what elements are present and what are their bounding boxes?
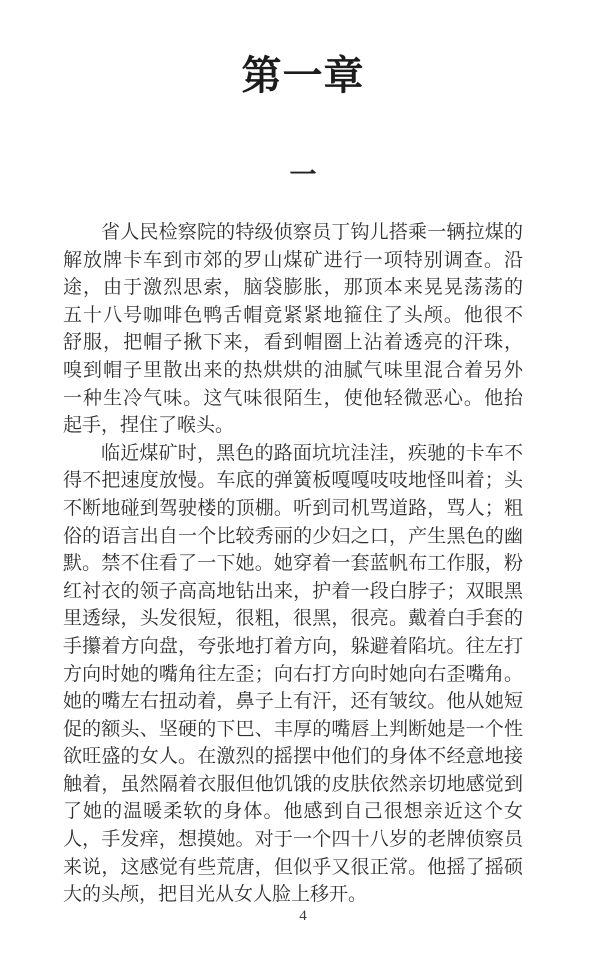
paragraph-2: 临近煤矿时，黑色的路面坑坑洼洼，疾驰的卡车不得不把速度放慢。车底的弹簧板嘎嘎吱吱… — [63, 440, 523, 909]
text-line: 解放牌卡车到市郊的罗山煤矿进行一项特别调查。沿 — [63, 247, 523, 275]
text-line: 嗅到帽子里散出来的热烘烘的油腻气味里混合着另外 — [63, 357, 523, 385]
text-line: 舒服，把帽子揪下来，看到帽圈上沾着透亮的汗珠， — [63, 329, 523, 357]
text-line: 不断地碰到驾驶楼的顶棚。听到司机骂道路，骂人；粗 — [63, 495, 523, 523]
text-line: 途，由于激烈思索，脑袋膨胀，那顶本来晃晃荡荡的 — [63, 274, 523, 302]
chapter-title: 第一章 — [0, 52, 606, 100]
text-line: 大的头颅，把目光从女人脸上移开。 — [63, 881, 523, 909]
body-text: 省人民检察院的特级侦察员丁钩儿搭乘一辆拉煤的解放牌卡车到市郊的罗山煤矿进行一项特… — [63, 219, 523, 909]
text-line: 五十八号咖啡色鸭舌帽竟紧紧地箍住了头颅。他很不 — [63, 302, 523, 330]
text-line: 手攥着方向盘，夸张地打着方向，躲避着陷坑。往左打 — [63, 633, 523, 661]
text-line: 临近煤矿时，黑色的路面坑坑洼洼，疾驰的卡车不 — [63, 440, 523, 468]
text-line: 人，手发痒，想摸她。对于一个四十八岁的老牌侦察员 — [63, 826, 523, 854]
text-line: 一种生冷气味。这气味很陌生，使他轻微恶心。他抬 — [63, 385, 523, 413]
text-line: 她的嘴左右扭动着，鼻子上有汗，还有皱纹。他从她短 — [63, 688, 523, 716]
page-number: 4 — [0, 906, 606, 926]
text-line: 来说，这感觉有些荒唐，但似乎又很正常。他摇了摇硕 — [63, 854, 523, 882]
text-line: 得不把速度放慢。车底的弹簧板嘎嘎吱吱地怪叫着；头 — [63, 467, 523, 495]
section-number: 一 — [0, 158, 606, 192]
text-line: 里透绿，头发很短，很粗，很黑，很亮。戴着白手套的 — [63, 605, 523, 633]
text-line: 促的额头、坚硬的下巴、丰厚的嘴唇上判断她是一个性 — [63, 716, 523, 744]
text-line: 省人民检察院的特级侦察员丁钩儿搭乘一辆拉煤的 — [63, 219, 523, 247]
text-line: 默。禁不住看了一下她。她穿着一套蓝帆布工作服，粉 — [63, 550, 523, 578]
text-line: 起手，捏住了喉头。 — [63, 412, 523, 440]
paragraph-1: 省人民检察院的特级侦察员丁钩儿搭乘一辆拉煤的解放牌卡车到市郊的罗山煤矿进行一项特… — [63, 219, 523, 440]
text-line: 方向时她的嘴角往左歪；向右打方向时她向右歪嘴角。 — [63, 661, 523, 689]
book-page: 第一章 一 省人民检察院的特级侦察员丁钩儿搭乘一辆拉煤的解放牌卡车到市郊的罗山煤… — [0, 0, 606, 970]
text-line: 红衬衣的领子高高地钻出来，护着一段白脖子；双眼黑 — [63, 578, 523, 606]
text-line: 触着，虽然隔着衣服但他饥饿的皮肤依然亲切地感觉到 — [63, 771, 523, 799]
text-line: 俗的语言出自一个比较秀丽的少妇之口，产生黑色的幽 — [63, 523, 523, 551]
text-line: 了她的温暖柔软的身体。他感到自己很想亲近这个女 — [63, 798, 523, 826]
text-line: 欲旺盛的女人。在激烈的摇摆中他们的身体不经意地接 — [63, 743, 523, 771]
